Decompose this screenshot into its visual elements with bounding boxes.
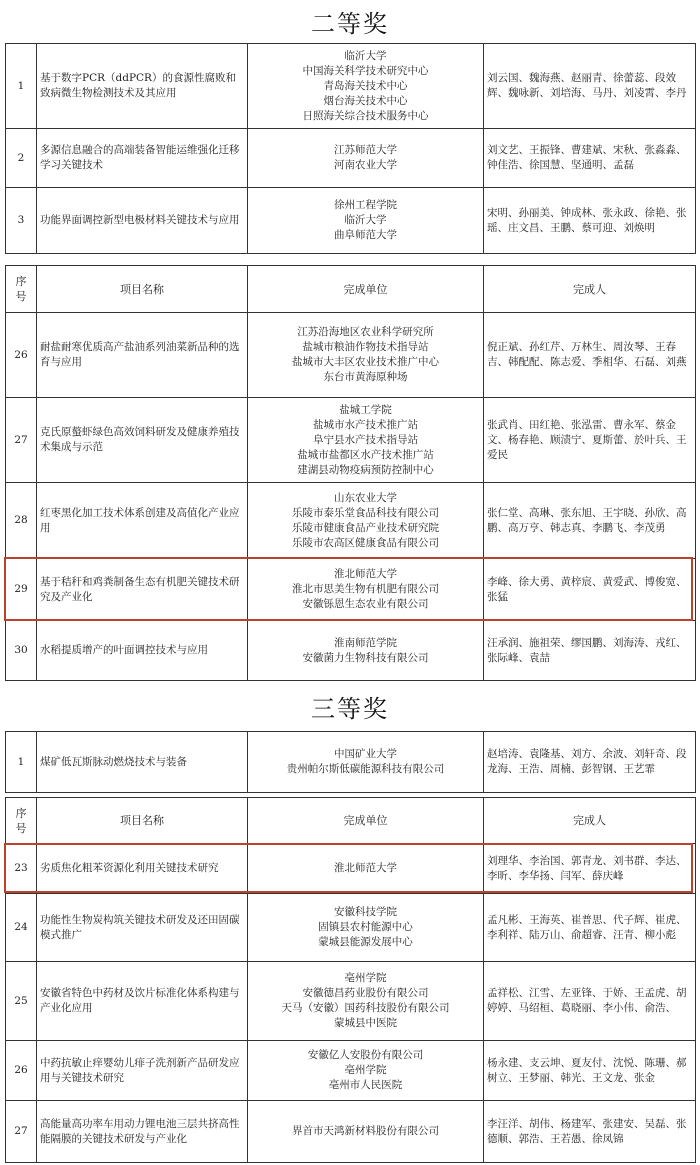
completion-people: 李峰、徐大勇、黄梓宸、黄爱武、博俊宽、张猛 bbox=[484, 559, 696, 621]
unit-line: 亳州学院 bbox=[251, 971, 480, 986]
unit-line: 淮南师范学院 bbox=[251, 636, 480, 651]
unit-line: 乐陵市农高区健康食品有限公司 bbox=[251, 536, 480, 551]
completion-units: 临沂大学 中国海关科学技术研究中心 青岛海关技术中心 烟台海关技术中心 日照海关… bbox=[248, 44, 484, 129]
section-title-second-prize: 二等奖 bbox=[0, 4, 700, 39]
project-name: 克氏原螯虾绿色高效饲料研发及健康养殖技术集成与示范 bbox=[37, 398, 248, 483]
completion-people: 刘云国、魏海燕、赵丽青、徐蕾蕊、段效辉、魏咏新、刘培海、马丹、刘凌霄、李丹 bbox=[484, 44, 696, 129]
completion-people: 宋明、孙丽美、钟成林、张永政、徐艳、张瑶、庄文昌、王鹏、蔡可迎、刘焕明 bbox=[484, 188, 696, 254]
unit-line: 安徽科技学院 bbox=[251, 905, 480, 920]
header-completion-people: 完成人 bbox=[484, 798, 696, 844]
second-prize-table-bottom: 序 号 项目名称 完成单位 完成人 26 耐盐耐寒优质高产盐油系列油菜新品种的选… bbox=[5, 265, 696, 681]
row-number: 1 bbox=[6, 44, 37, 129]
table-row: 26 中药抗敏止痒婴幼儿痱子洗剂新产品研发应用与关键技术研究 安徽亿人安股份有限… bbox=[6, 1041, 696, 1101]
project-name: 中药抗敏止痒婴幼儿痱子洗剂新产品研发应用与关键技术研究 bbox=[37, 1041, 248, 1101]
unit-line: 建湖县动物疫病预防控制中心 bbox=[251, 463, 480, 478]
row-number: 27 bbox=[6, 1101, 37, 1163]
unit-line: 淮北师范大学 bbox=[251, 567, 480, 582]
unit-line: 日照海关综合技术服务中心 bbox=[251, 109, 480, 124]
row-number: 27 bbox=[6, 398, 37, 483]
completion-people: 李汪洋、胡伟、杨建军、张建安、吴磊、张德顺、郭浩、王若愚、徐凤锦 bbox=[484, 1101, 696, 1163]
project-name: 基于数字PCR（ddPCR）的食源性腐败和致病微生物检测技术及其应用 bbox=[37, 44, 248, 129]
header-completion-unit: 完成单位 bbox=[248, 798, 484, 844]
unit-line: 天马（安徽）国药科技股份有限公司 bbox=[251, 1001, 480, 1016]
unit-line: 中国海关科学技术研究中心 bbox=[251, 64, 480, 79]
completion-units: 山东农业大学 乐陵市泰乐堂食品科技有限公司 乐陵市健康食品产业技术研究院 乐陵市… bbox=[248, 483, 484, 559]
unit-line: 徐州工程学院 bbox=[251, 198, 480, 213]
unit-line: 河南农业大学 bbox=[251, 158, 480, 173]
completion-units: 安徽科技学院 固镇县农村能源中心 蒙城县能源发展中心 bbox=[248, 894, 484, 962]
project-name: 煤矿低瓦斯脉动燃烧技术与装备 bbox=[37, 732, 248, 793]
completion-people: 杨永建、支云坤、夏友付、沈悦、陈珊、郝树立、王梦丽、韩光、王文龙、张金 bbox=[484, 1041, 696, 1101]
table-row: 2 多源信息融合的高端装备智能运维强化迁移学习关键技术 江苏师范大学 河南农业大… bbox=[6, 129, 696, 188]
project-name: 水稻提质增产的叶面调控技术与应用 bbox=[37, 621, 248, 681]
unit-line: 盐城市盐都区水产技术推广站 bbox=[251, 448, 480, 463]
table-row: 28 红枣黑化加工技术体系创建及高值化产业应用 山东农业大学 乐陵市泰乐堂食品科… bbox=[6, 483, 696, 559]
completion-units: 淮北师范大学 bbox=[248, 844, 484, 894]
unit-line: 曲阜师范大学 bbox=[251, 228, 480, 243]
row-number: 24 bbox=[6, 894, 37, 962]
header-number: 序 号 bbox=[6, 798, 37, 844]
unit-line: 盐城工学院 bbox=[251, 403, 480, 418]
unit-line: 乐陵市泰乐堂食品科技有限公司 bbox=[251, 506, 480, 521]
unit-line: 临沂大学 bbox=[251, 213, 480, 228]
table-row: 1 基于数字PCR（ddPCR）的食源性腐败和致病微生物检测技术及其应用 临沂大… bbox=[6, 44, 696, 129]
completion-people: 孟祥松、江雪、左亚锋、于娇、王孟虎、胡婷婷、马绍桓、葛晓丽、李小伟、俞浩、 bbox=[484, 962, 696, 1041]
row-number: 23 bbox=[6, 844, 37, 894]
unit-line: 烟台海关技术中心 bbox=[251, 94, 480, 109]
unit-line: 淮北师范大学 bbox=[251, 861, 480, 876]
row-number: 2 bbox=[6, 129, 37, 188]
unit-line: 亳州学院 bbox=[251, 1063, 480, 1078]
unit-line: 盐城市粮油作物技术指导站 bbox=[251, 340, 480, 355]
unit-line: 山东农业大学 bbox=[251, 491, 480, 506]
completion-units: 安徽亿人安股份有限公司 亳州学院 亳州市人民医院 bbox=[248, 1041, 484, 1101]
header-project-name: 项目名称 bbox=[37, 798, 248, 844]
unit-line: 临沂大学 bbox=[251, 49, 480, 64]
completion-people: 汪承润、施祖荣、缪国鹏、刘海涛、戎红、张际峰、袁喆 bbox=[484, 621, 696, 681]
completion-units: 中国矿业大学 贵州帕尔斯低碳能源科技有限公司 bbox=[248, 732, 484, 793]
table-row: 26 耐盐耐寒优质高产盐油系列油菜新品种的选育与应用 江苏沿海地区农业科学研究所… bbox=[6, 313, 696, 398]
table-row: 25 安徽省特色中药材及饮片标准化体系构建与产业化应用 亳州学院 安徽德昌药业股… bbox=[6, 962, 696, 1041]
table-row: 27 高能量高功率车用动力锂电池三层共挤高性能隔膜的关键技术研发与产业化 界首市… bbox=[6, 1101, 696, 1163]
unit-line: 青岛海关技术中心 bbox=[251, 79, 480, 94]
table-row: 24 功能性生物炭构筑关键技术研发及还田固碳模式推广 安徽科技学院 固镇县农村能… bbox=[6, 894, 696, 962]
completion-people: 刘文艺、王振锋、曹建斌、宋秋、张淼淼、钟佳浩、徐国慧、坚通明、孟磊 bbox=[484, 129, 696, 188]
project-name: 功能性生物炭构筑关键技术研发及还田固碳模式推广 bbox=[37, 894, 248, 962]
third-prize-table-bottom: 序 号 项目名称 完成单位 完成人 23 劣质焦化粗苯资源化利用关键技术研究 淮… bbox=[5, 797, 696, 1163]
table-row-highlighted: 29 基于秸秆和鸡粪制备生态有机肥关键技术研究及产业化 淮北师范大学 淮北市思美… bbox=[6, 559, 696, 621]
row-number: 1 bbox=[6, 732, 37, 793]
table-header-row: 序 号 项目名称 完成单位 完成人 bbox=[6, 266, 696, 313]
completion-people: 赵培涛、袁隆基、刘方、余波、刘轩奇、段龙海、王浩、周楠、彭智钢、王艺霏 bbox=[484, 732, 696, 793]
completion-people: 张武肖、田红艳、张泓雷、曹永军、蔡金文、杨春艳、顾渍宁、夏斯蕾、於叶兵、王爱民 bbox=[484, 398, 696, 483]
table-row: 3 功能界面调控新型电极材料关键技术与应用 徐州工程学院 临沂大学 曲阜师范大学… bbox=[6, 188, 696, 254]
project-name: 红枣黑化加工技术体系创建及高值化产业应用 bbox=[37, 483, 248, 559]
completion-units: 亳州学院 安徽德昌药业股份有限公司 天马（安徽）国药科技股份有限公司 蒙城县中医… bbox=[248, 962, 484, 1041]
third-prize-table-top: 1 煤矿低瓦斯脉动燃烧技术与装备 中国矿业大学 贵州帕尔斯低碳能源科技有限公司 … bbox=[5, 731, 696, 793]
table-row-highlighted: 23 劣质焦化粗苯资源化利用关键技术研究 淮北师范大学 刘理华、李治国、郭青龙、… bbox=[6, 844, 696, 894]
row-number: 25 bbox=[6, 962, 37, 1041]
project-name: 多源信息融合的高端装备智能运维强化迁移学习关键技术 bbox=[37, 129, 248, 188]
unit-line: 安徽铄恩生态农业有限公司 bbox=[251, 597, 480, 612]
unit-line: 中国矿业大学 bbox=[251, 747, 480, 762]
header-project-name: 项目名称 bbox=[37, 266, 248, 313]
unit-line: 阜宁县水产技术指导站 bbox=[251, 433, 480, 448]
project-name: 功能界面调控新型电极材料关键技术与应用 bbox=[37, 188, 248, 254]
unit-line: 固镇县农村能源中心 bbox=[251, 920, 480, 935]
unit-line: 盐城市水产技术推广站 bbox=[251, 418, 480, 433]
completion-units: 淮北师范大学 淮北市思美生物有机肥有限公司 安徽铄恩生态农业有限公司 bbox=[248, 559, 484, 621]
project-name: 基于秸秆和鸡粪制备生态有机肥关键技术研究及产业化 bbox=[37, 559, 248, 621]
unit-line: 贵州帕尔斯低碳能源科技有限公司 bbox=[251, 762, 480, 777]
completion-units: 江苏沿海地区农业科学研究所 盐城市粮油作物技术指导站 盐城市大丰区农业技术推广中… bbox=[248, 313, 484, 398]
project-name: 耐盐耐寒优质高产盐油系列油菜新品种的选育与应用 bbox=[37, 313, 248, 398]
unit-line: 江苏沿海地区农业科学研究所 bbox=[251, 325, 480, 340]
unit-line: 蒙城县能源发展中心 bbox=[251, 935, 480, 950]
unit-line: 淮北市思美生物有机肥有限公司 bbox=[251, 582, 480, 597]
completion-units: 徐州工程学院 临沂大学 曲阜师范大学 bbox=[248, 188, 484, 254]
row-number: 28 bbox=[6, 483, 37, 559]
table-row: 30 水稻提质增产的叶面调控技术与应用 淮南师范学院 安徽菌力生物科技有限公司 … bbox=[6, 621, 696, 681]
header-number: 序 号 bbox=[6, 266, 37, 313]
unit-line: 安徽德昌药业股份有限公司 bbox=[251, 986, 480, 1001]
unit-line: 蒙城县中医院 bbox=[251, 1016, 480, 1031]
section-title-third-prize: 三等奖 bbox=[0, 689, 700, 724]
completion-units: 淮南师范学院 安徽菌力生物科技有限公司 bbox=[248, 621, 484, 681]
row-number: 26 bbox=[6, 313, 37, 398]
row-number: 3 bbox=[6, 188, 37, 254]
unit-line: 亳州市人民医院 bbox=[251, 1078, 480, 1093]
header-completion-unit: 完成单位 bbox=[248, 266, 484, 313]
table-row: 27 克氏原螯虾绿色高效饲料研发及健康养殖技术集成与示范 盐城工学院 盐城市水产… bbox=[6, 398, 696, 483]
row-number: 29 bbox=[6, 559, 37, 621]
project-name: 安徽省特色中药材及饮片标准化体系构建与产业化应用 bbox=[37, 962, 248, 1041]
project-name: 劣质焦化粗苯资源化利用关键技术研究 bbox=[37, 844, 248, 894]
row-number: 30 bbox=[6, 621, 37, 681]
completion-units: 界首市天鸿新材料股份有限公司 bbox=[248, 1101, 484, 1163]
row-number: 26 bbox=[6, 1041, 37, 1101]
header-completion-people: 完成人 bbox=[484, 266, 696, 313]
unit-line: 界首市天鸿新材料股份有限公司 bbox=[251, 1124, 480, 1139]
unit-line: 乐陵市健康食品产业技术研究院 bbox=[251, 521, 480, 536]
unit-line: 江苏师范大学 bbox=[251, 143, 480, 158]
table-header-row: 序 号 项目名称 完成单位 完成人 bbox=[6, 798, 696, 844]
unit-line: 安徽菌力生物科技有限公司 bbox=[251, 651, 480, 666]
completion-people: 倪正斌、孙红芹、万林生、周汝琴、王春吉、韩配配、陈志爱、季相华、石磊、刘燕 bbox=[484, 313, 696, 398]
project-name: 高能量高功率车用动力锂电池三层共挤高性能隔膜的关键技术研发与产业化 bbox=[37, 1101, 248, 1163]
completion-people: 孟凡彬、王海英、崔普思、代子辉、崔虎、李利祥、陆万山、俞超睿、汪青、柳小彪 bbox=[484, 894, 696, 962]
second-prize-table-top: 1 基于数字PCR（ddPCR）的食源性腐败和致病微生物检测技术及其应用 临沂大… bbox=[5, 43, 696, 254]
table-row: 1 煤矿低瓦斯脉动燃烧技术与装备 中国矿业大学 贵州帕尔斯低碳能源科技有限公司 … bbox=[6, 732, 696, 793]
completion-units: 江苏师范大学 河南农业大学 bbox=[248, 129, 484, 188]
unit-line: 东台市黄海原种场 bbox=[251, 370, 480, 385]
completion-people: 刘理华、李治国、郭青龙、刘书群、李达、李昕、李华扬、闫军、薛庆峰 bbox=[484, 844, 696, 894]
completion-people: 张仁堂、高琳、张东旭、王宇晓、孙欣、高鹏、高万亨、韩志真、李鹏飞、李茂勇 bbox=[484, 483, 696, 559]
completion-units: 盐城工学院 盐城市水产技术推广站 阜宁县水产技术指导站 盐城市盐都区水产技术推广… bbox=[248, 398, 484, 483]
unit-line: 安徽亿人安股份有限公司 bbox=[251, 1048, 480, 1063]
unit-line: 盐城市大丰区农业技术推广中心 bbox=[251, 355, 480, 370]
